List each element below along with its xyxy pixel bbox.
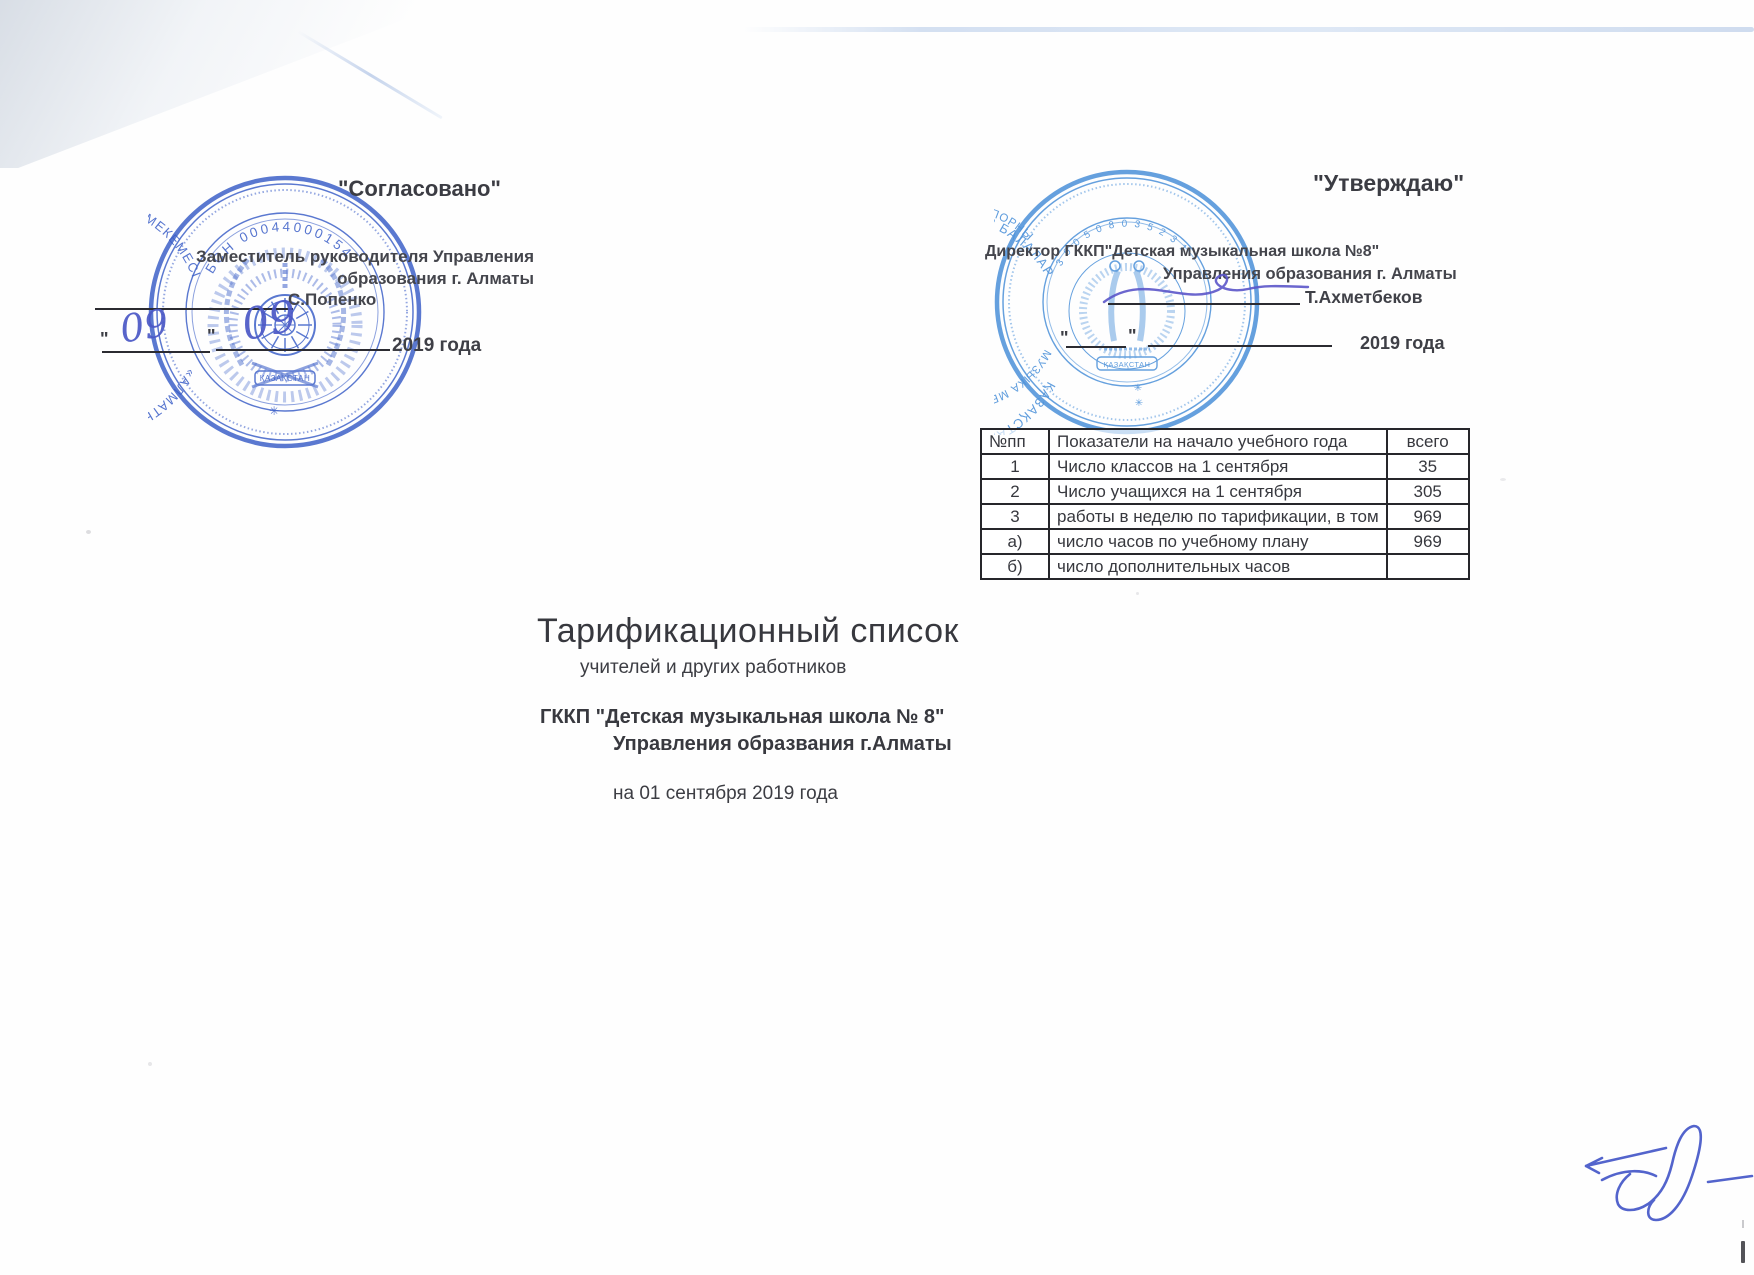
row-num: 3 [981,504,1049,529]
approved-heading: "Утверждаю" [1313,170,1464,197]
scan-speck [1500,478,1506,481]
right-approver-name: Т.Ахметбеков [1305,287,1422,308]
stamp-middle-ring-text: МУЗЫКА МЕКТЕБІ» МЕМЛЕКЕТТІК КОММУНАЛДЫҚ … [994,202,1053,410]
row-num: а) [981,529,1049,554]
organization-line1: ГККП "Детская музыкальная школа № 8" [540,706,944,729]
left-approver-role-line2: образования г. Алматы [150,268,534,290]
row-value: 305 [1387,479,1469,504]
table-row: 1 Число классов на 1 сентября 35 [981,454,1469,479]
scan-speck [86,530,91,534]
row-label: Число классов на 1 сентября [1049,454,1387,479]
stamp-ring-texts: ҚАЗАҚСТАН РЕСПУБЛИКАСЫ АЛМАТЫ Қ. БІЛІМ Б… [994,202,1193,435]
header-cell-total: всего [1387,429,1469,454]
scan-speck [148,1062,152,1066]
agreed-heading: "Согласовано" [338,176,501,202]
table-row: б) число дополнительных часов [981,554,1469,579]
svg-text:МУЗЫКА МЕКТЕБІ» МЕМЛЕКЕТТІК КО: МУЗЫКА МЕКТЕБІ» МЕМЛЕКЕТТІК КОММУНАЛДЫҚ … [994,202,1053,410]
stamp-outer-ring-text: ҚАЗАҚСТАН РЕСПУБЛИКАСЫ АЛМАТЫ Қ. БІЛІМ Б… [994,207,1059,435]
row-label: работы в неделю по тарификации, в том [1049,504,1387,529]
scan-top-edge-line [742,27,1754,32]
scanned-document-page: «АЛМАТЫ ҚАЛАСЫ БІЛІМ БАСҚАРМАСЫ» КОММУНА… [0,0,1754,1275]
row-label: Число учащихся на 1 сентября [1049,479,1387,504]
left-approver-role-line1: Заместитель руководителя Управления [150,246,534,268]
scan-corner-streak [297,30,443,119]
row-label: число часов по учебному плану [1049,529,1387,554]
document-subtitle: учителей и других работников [580,657,846,679]
right-approver-role-line1: Директор ГККП"Детская музыкальная школа … [985,243,1379,261]
table-header-row: №пп Показатели на начало учебного года в… [981,429,1469,454]
left-approver-role: Заместитель руководителя Управления обра… [150,246,534,290]
stamp-banner-text: ҚАЗАҚСТАН [260,374,310,383]
header-cell-num: №пп [981,429,1049,454]
header-cell-indicator: Показатели на начало учебного года [1049,429,1387,454]
date-line-segment [1148,345,1332,347]
right-year-label: 2019 года [1360,333,1445,354]
bottom-ink-signature [1568,1118,1754,1228]
table-row: 3 работы в неделю по тарификации, в том … [981,504,1469,529]
date-line-segment [102,351,210,353]
row-num: 1 [981,454,1049,479]
stamp-star: ✳ [1135,398,1143,409]
handwritten-month: 09 [237,291,301,351]
document-date: на 01 сентября 2019 года [613,783,838,805]
row-value: 35 [1387,454,1469,479]
organization-line2: Управления образвания г.Алматы [613,733,952,756]
left-approver-name: С.Попенко [288,290,376,310]
date-quote-mark: " [1128,326,1137,347]
table-row: а) число часов по учебному плану 969 [981,529,1469,554]
scan-edge-mark [1742,1220,1744,1228]
scan-edge-tick [1741,1241,1745,1263]
row-label: число дополнительных часов [1049,554,1387,579]
row-value: 969 [1387,529,1469,554]
stamp-star: ✳ [269,404,279,418]
date-line-segment [216,349,390,351]
stamp-banner-text: ҚАЗАҚСТАН [1104,360,1151,369]
left-year-label: 2019 года [392,335,481,357]
row-num: б) [981,554,1049,579]
handwritten-day: 09 [117,300,172,351]
table-row: 2 Число учащихся на 1 сентября 305 [981,479,1469,504]
row-num: 2 [981,479,1049,504]
date-quote-mark: " [100,329,109,350]
row-value [1387,554,1469,579]
stamp-star: ✳ [1134,383,1142,394]
director-signature [1098,262,1318,318]
start-of-year-indicators-table: №пп Показатели на начало учебного года в… [980,428,1470,580]
date-line-segment [1066,346,1126,348]
row-value: 969 [1387,504,1469,529]
date-quote-mark: " [207,326,216,347]
signature-line [1108,303,1300,305]
scan-speck [1136,592,1139,595]
svg-text:ҚАЗАҚСТАН РЕСПУБЛИКАСЫ АЛМАТЫ: ҚАЗАҚСТАН РЕСПУБЛИКАСЫ АЛМАТЫ Қ. БІЛІМ Б… [994,207,1059,435]
document-title: Тарификационный список [537,612,959,651]
